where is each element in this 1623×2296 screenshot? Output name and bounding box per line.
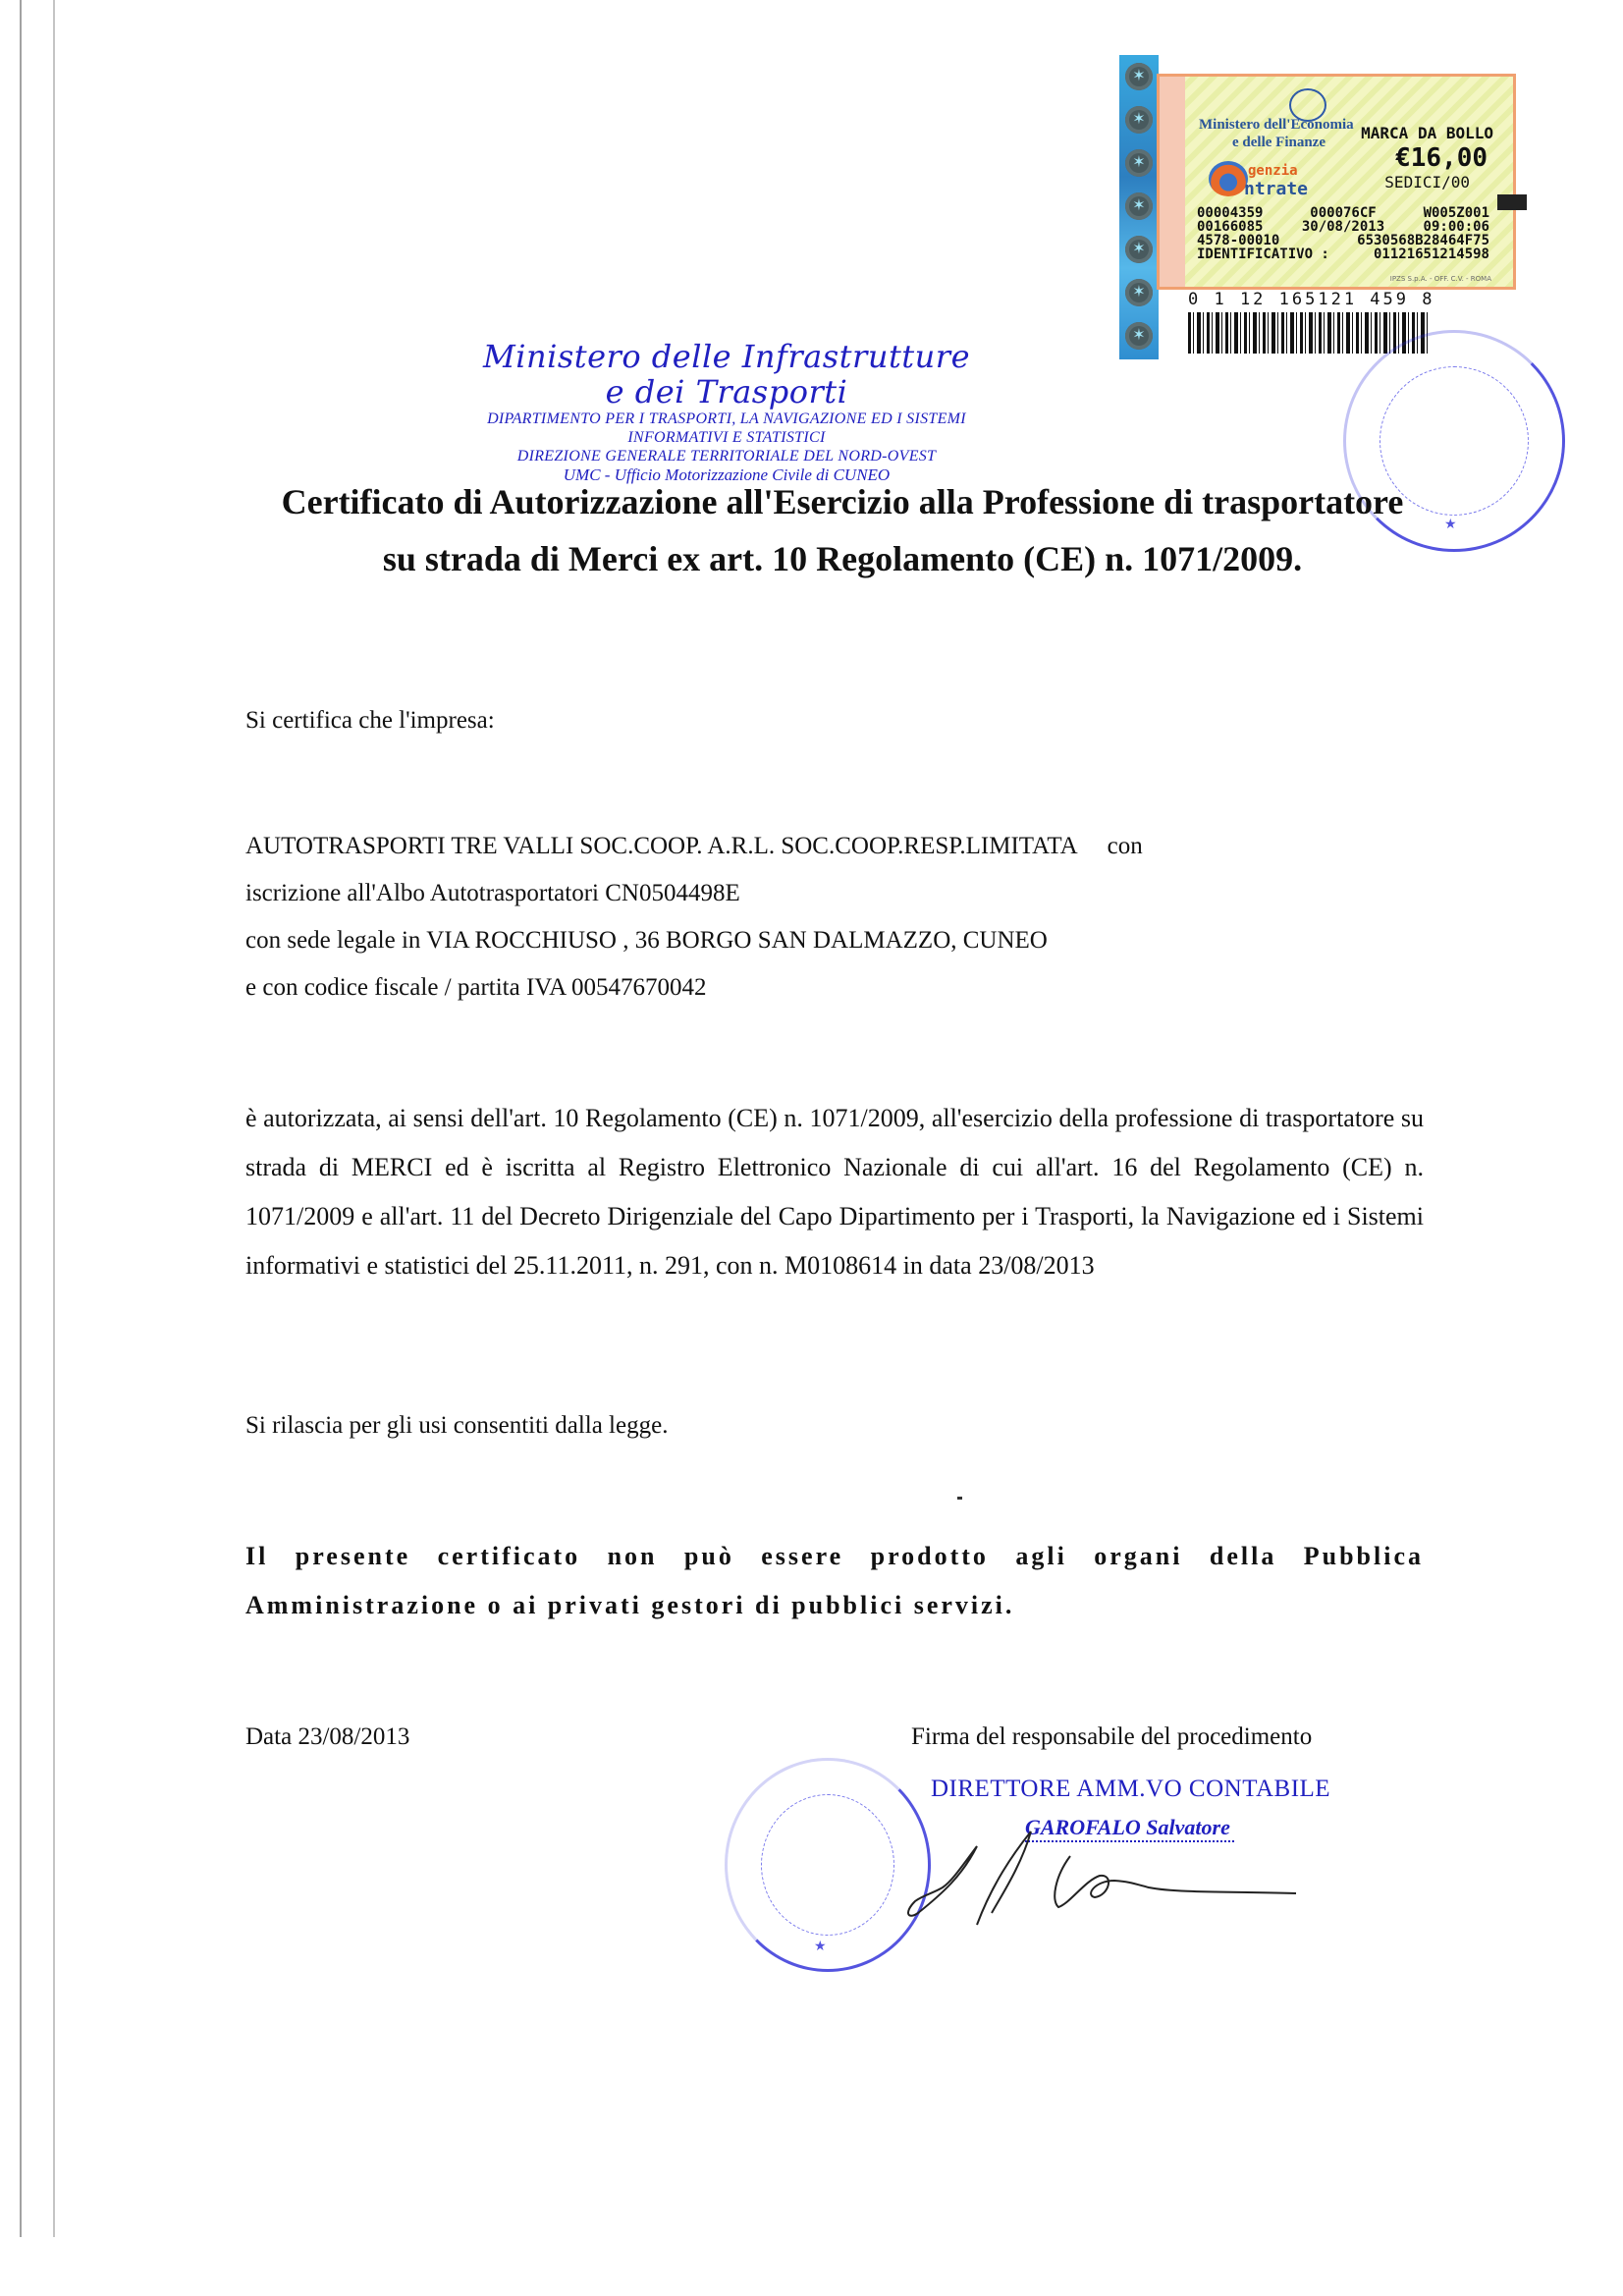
star-icon: ★ <box>1444 517 1457 533</box>
scan-mark <box>957 1497 962 1500</box>
agenzia-e-icon <box>1209 161 1248 196</box>
stamp-code-row: 4578-000106530568B28464F75 <box>1197 234 1489 247</box>
authorization-paragraph: è autorizzata, ai sensi dell'art. 10 Reg… <box>245 1094 1424 1290</box>
ministry-name: Ministero delle Infrastrutture e dei Tra… <box>471 339 982 410</box>
stamp-ministry-line2: e delle Finanze <box>1199 134 1354 151</box>
registration-line: iscrizione all'Albo Autotrasportatori CN… <box>245 870 1424 917</box>
issue-date: Data 23/08/2013 <box>245 1723 409 1751</box>
title-line-1: Certificato di Autorizzazione all'Eserci… <box>253 473 1432 530</box>
hologram-dot-icon <box>1125 192 1153 220</box>
stamp-code-row: 0016608530/08/201309:00:06 <box>1197 220 1489 234</box>
stamp-amount: €16,00 <box>1395 143 1488 173</box>
department-name: DIPARTIMENTO PER I TRASPORTI, LA NAVIGAZ… <box>471 410 982 428</box>
stamp-band <box>1160 77 1185 287</box>
directorate-name: DIREZIONE GENERALE TERRITORIALE DEL NORD… <box>471 447 982 465</box>
address-line: con sede legale in VIA ROCCHIUSO , 36 BO… <box>245 917 1424 964</box>
stamp-code: W005Z001 <box>1424 206 1489 220</box>
hologram-dot-icon <box>1125 149 1153 177</box>
scan-edge-line <box>20 0 22 2237</box>
notice-paragraph: Il presente certificato non può essere p… <box>245 1532 1424 1630</box>
stamp-code-row: 00004359000076CFW005Z001 <box>1197 206 1489 220</box>
stamp-code: 6530568B28464F75 <box>1357 234 1489 247</box>
agency-word-2: ntrate <box>1244 179 1308 199</box>
agency-word-1: genzia <box>1248 163 1298 179</box>
stamp-code: 4578-00010 <box>1197 234 1279 247</box>
stamp-code: 00004359 <box>1197 206 1263 220</box>
title-line-2: su strada di Merci ex art. 10 Regolament… <box>253 530 1432 587</box>
hologram-dot-icon <box>1125 236 1153 263</box>
signature-label: Firma del responsabile del procedimento <box>911 1723 1312 1751</box>
stamp-ministry: Ministero dell'Economia e delle Finanze <box>1199 116 1354 151</box>
hologram-dot-icon <box>1125 106 1153 134</box>
intro-text: Si certifica che l'impresa: <box>245 707 495 735</box>
department-name-cont: INFORMATIVI E STATISTICI <box>471 428 982 447</box>
stamp-code: 09:00:06 <box>1424 220 1489 234</box>
stamp-footer: IPZS S.p.A. - OFF. C.V. - ROMA <box>1390 275 1491 283</box>
handwritten-signature <box>884 1827 1355 1935</box>
stamp-code: 00166085 <box>1197 220 1263 234</box>
stamp-code: IDENTIFICATIVO : <box>1197 247 1329 261</box>
barcode-digits: 0 1 12 165121 459 8 <box>1188 290 1434 309</box>
stamp-inner-ring <box>761 1794 894 1936</box>
hologram-dot-icon <box>1125 63 1153 90</box>
signer-role: DIRETTORE AMM.VO CONTABILE <box>931 1776 1330 1803</box>
stamp-code: 01121651214598 <box>1374 247 1489 261</box>
hologram-dot-icon <box>1125 279 1153 306</box>
stamp-tab <box>1497 194 1527 210</box>
document-title: Certificato di Autorizzazione all'Eserci… <box>253 473 1432 587</box>
issued-for-text: Si rilascia per gli usi consentiti dalla… <box>245 1412 668 1440</box>
stamp-code: 30/08/2013 <box>1302 220 1384 234</box>
revenue-stamp: Ministero dell'Economia e delle Finanze … <box>1157 74 1516 290</box>
hologram-strip <box>1119 55 1159 359</box>
company-block: AUTOTRASPORTI TRE VALLI SOC.COOP. A.R.L.… <box>245 823 1424 1011</box>
stamp-code: 000076CF <box>1310 206 1376 220</box>
stamp-code-row: IDENTIFICATIVO :01121651214598 <box>1197 247 1489 261</box>
stamp-codes: 00004359000076CFW005Z0010016608530/08/20… <box>1197 206 1489 261</box>
company-name: AUTOTRASPORTI TRE VALLI SOC.COOP. A.R.L.… <box>245 833 1078 859</box>
star-icon: ★ <box>814 1939 827 1955</box>
stamp-label: MARCA DA BOLLO <box>1361 124 1493 142</box>
scan-edge-line <box>53 0 55 2237</box>
hologram-dot-icon <box>1125 322 1153 350</box>
stamp-ministry-line1: Ministero dell'Economia <box>1199 117 1354 133</box>
company-con: con <box>1108 833 1143 859</box>
ministry-letterhead: Ministero delle Infrastrutture e dei Tra… <box>471 339 982 485</box>
tax-code-line: e con codice fiscale / partita IVA 00547… <box>245 964 1424 1011</box>
company-name-line: AUTOTRASPORTI TRE VALLI SOC.COOP. A.R.L.… <box>245 823 1424 870</box>
stamp-amount-words: SEDICI/00 <box>1384 173 1470 191</box>
